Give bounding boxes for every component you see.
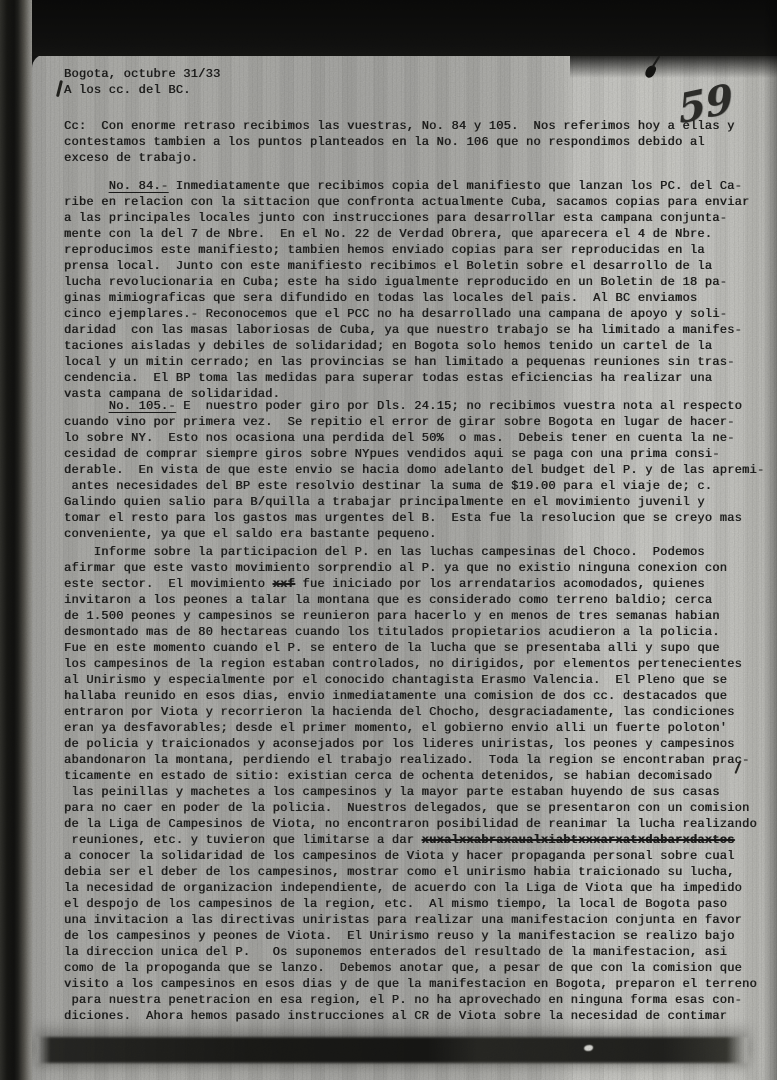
typewritten-line: Cc: Con enorme retraso recibimos las vue… <box>64 118 764 134</box>
typewritten-line: derable. En vista de que este envio se h… <box>64 462 764 478</box>
typewritten-line: invitaron a los peones a talar la montan… <box>64 592 764 608</box>
typewritten-line: antes necesidades del BP este resolvio d… <box>64 478 764 494</box>
typewritten-line: a las principales locales junto con inst… <box>64 210 764 226</box>
typewritten-line: No. 84.- Inmediatamente que recibimos co… <box>64 178 764 194</box>
paragraph: No. 105.- E nuestro poder giro por Dls. … <box>64 398 764 542</box>
scan-left-edge <box>0 0 32 1080</box>
paragraph: No. 84.- Inmediatamente que recibimos co… <box>64 178 764 402</box>
typewritten-line: local y un mitin cerrado; en las provinc… <box>64 354 764 370</box>
scan-top-band <box>0 0 777 56</box>
typewritten-line: No. 105.- E nuestro poder giro por Dls. … <box>64 398 764 414</box>
typewritten-line: Fue en este momento cuando el P. se ente… <box>64 640 764 656</box>
typewritten-line: diciones. Ahora hemos pasado instruccion… <box>64 1008 764 1024</box>
typewritten-line: ribe en relacion con la sittacion que co… <box>64 194 764 210</box>
typewritten-line: las peinillas y machetes a los campesino… <box>64 784 764 800</box>
typewritten-line: abandonaron la montana, perdiendo el tra… <box>64 752 764 768</box>
typewritten-line: daridad con las masas laboriosas de Cuba… <box>64 322 764 338</box>
typewritten-line: exceso de trabajo. <box>64 150 764 166</box>
typewritten-line: de policia y traicionados y aconsejados … <box>64 736 764 752</box>
typewritten-line: como de la propoganda que se lanzo. Debe… <box>64 960 764 976</box>
typewritten-line: para nuestra penetracion en esa region, … <box>64 992 764 1008</box>
typewritten-line: el despojo de los campesinos de la regio… <box>64 896 764 912</box>
scan-bottom-bar <box>36 1037 748 1063</box>
typewritten-line: desmontado mas de 80 hectareas cuando lo… <box>64 624 764 640</box>
paragraph: Cc: Con enorme retraso recibimos las vue… <box>64 118 764 166</box>
paragraph: Informe sobre la participacion del P. en… <box>64 544 764 1024</box>
typewritten-line: prensa local. Junto con este manifiesto … <box>64 258 764 274</box>
typewritten-line: cuando vino por primera vez. Se repitio … <box>64 414 764 430</box>
typewritten-line: taciones aisladas y debiles de solidarid… <box>64 338 764 354</box>
scan-top-band-shadow <box>570 56 777 78</box>
typewritten-line: visito a los campesinos en esos dias y d… <box>64 976 764 992</box>
typewritten-line: una invitacion a las directivas unirista… <box>64 912 764 928</box>
typewritten-line: de los campesinos y peones de Viota. El … <box>64 928 764 944</box>
typewritten-line: Informe sobre la participacion del P. en… <box>64 544 764 560</box>
typewritten-line: contestamos tambien a los puntos plantea… <box>64 134 764 150</box>
scanned-document-page: Bogota, octubre 31/33 A los cc. del BC. … <box>0 0 777 1080</box>
scan-right-edge-shade <box>763 0 777 1080</box>
typewritten-line: tomar el resto para los gastos mas urgen… <box>64 510 764 526</box>
typewritten-line: cesidad de comprar siempre giros sobre N… <box>64 446 764 462</box>
typewritten-line: la necesidad de organizacion independien… <box>64 880 764 896</box>
typewritten-line: afirmar que este vasto movimiento sorpre… <box>64 560 764 576</box>
typewritten-line: conveniente, ya que el saldo era bastant… <box>64 526 764 542</box>
typewritten-line: ticamente en estado de sitio: existian c… <box>64 768 764 784</box>
header-addressee-line: A los cc. del BC. <box>64 82 764 98</box>
typewritten-line: eran ya desfavorables; desde el primer m… <box>64 720 764 736</box>
typewritten-line: para no caer en poder de la policia. Nue… <box>64 800 764 816</box>
typewritten-line: a conocer la solidaridad de los campesin… <box>64 848 764 864</box>
typewritten-line: entraron por Viota y recorrieron la haci… <box>64 704 764 720</box>
typewritten-line: de 1.500 peones y campesinos se reuniero… <box>64 608 764 624</box>
typewritten-line: lo sobre NY. Esto nos ocasiona una perdi… <box>64 430 764 446</box>
typewritten-line: los campesinos de la region estaban cont… <box>64 656 764 672</box>
typewritten-line: al Unirismo y especialmente por el conoc… <box>64 672 764 688</box>
typewritten-line: cinco ejemplares.- Reconocemos que el PC… <box>64 306 764 322</box>
typewritten-line: mente con la del 7 de Nbre. En el No. 22… <box>64 226 764 242</box>
typewritten-line: lucha revolucionaria en Cuba; este ha si… <box>64 274 764 290</box>
typewritten-line: la direccion unica del P. Os suponemos e… <box>64 944 764 960</box>
typewritten-line: este sector. El movimiento xxf fue inici… <box>64 576 764 592</box>
typewritten-line: de la Liga de Campesinos de Viota, no en… <box>64 816 764 832</box>
typewritten-line: debia ser el deber de los campesinos, mo… <box>64 864 764 880</box>
typewritten-line: reuniones, etc. y tuvieron que limitarse… <box>64 832 764 848</box>
typewritten-line: cendencia. El BP toma las medidas para s… <box>64 370 764 386</box>
typewritten-line: hallaba reunido en esos dias, envio inme… <box>64 688 764 704</box>
typewritten-line: reproducimos este manifiesto; tambien he… <box>64 242 764 258</box>
typewritten-line: ginas mimiograficas que sera difundido e… <box>64 290 764 306</box>
typewritten-line: Galindo quien salio para B/quilla a trab… <box>64 494 764 510</box>
